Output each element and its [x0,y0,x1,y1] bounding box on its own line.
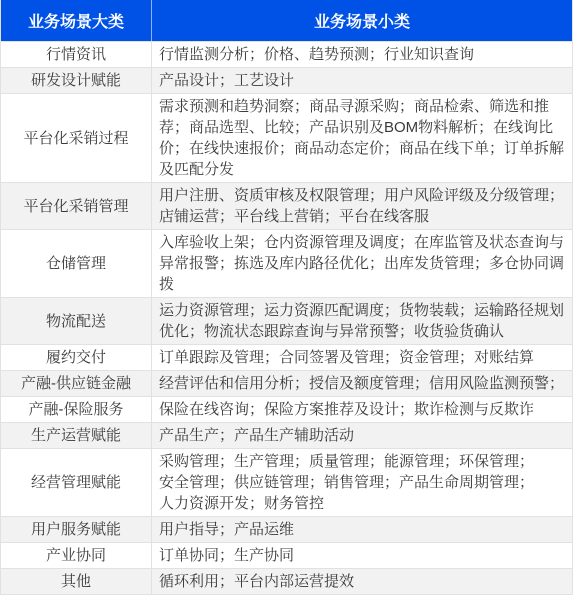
subcategory-cell: 订单协同；生产协同 [152,543,572,568]
table-header-row: 业务场景大类 业务场景小类 [1,0,572,41]
business-scenario-table: 业务场景大类 业务场景小类 行情资讯 行情监测分析；价格、趋势预测；行业知识查询… [0,0,573,595]
subcategory-cell: 入库验收上架；仓内资源管理及调度；在库监管及状态查询与异常报警；拣选及库内路径优… [152,230,572,297]
table-row: 平台化采销管理 用户注册、资质审核及权限管理；用户风险评级及分级管理；店铺运营；… [1,182,572,229]
table-row: 产业协同 订单协同；生产协同 [1,542,572,568]
category-cell: 生产运营赋能 [1,423,152,448]
table-row: 产融-供应链金融 经营评估和信用分析；授信及额度管理；信用风险监测预警； [1,370,572,396]
subcategory-cell: 采购管理；生产管理；质量管理；能源管理；环保管理； 安全管理；供应链管理；销售管… [152,449,572,516]
subcategory-cell: 产品生产；产品生产辅助活动 [152,423,572,448]
header-cell-major-category: 业务场景大类 [1,0,152,41]
category-cell: 履约交付 [1,345,152,370]
category-cell: 产融-供应链金融 [1,371,152,396]
category-cell: 产融-保险服务 [1,397,152,422]
subcategory-cell: 用户指导；产品运维 [152,517,572,542]
category-cell: 仓储管理 [1,230,152,297]
category-cell: 经营管理赋能 [1,449,152,516]
header-cell-minor-category: 业务场景小类 [152,0,572,41]
table-row: 物流配送 运力资源管理；运力资源匹配调度；货物装载；运输路径规划优化；物流状态跟… [1,297,572,344]
subcategory-cell: 产品设计；工艺设计 [152,68,572,93]
table-row: 经营管理赋能 采购管理；生产管理；质量管理；能源管理；环保管理； 安全管理；供应… [1,448,572,516]
category-cell: 平台化采销管理 [1,183,152,229]
subcategory-cell: 保险在线咨询；保险方案推荐及设计；欺诈检测与反欺诈 [152,397,572,422]
table-row: 履约交付 订单跟踪及管理；合同签署及管理；资金管理；对账结算 [1,344,572,370]
table-row: 产融-保险服务 保险在线咨询；保险方案推荐及设计；欺诈检测与反欺诈 [1,396,572,422]
category-cell: 平台化采销过程 [1,94,152,182]
subcategory-cell: 用户注册、资质审核及权限管理；用户风险评级及分级管理；店铺运营；平台线上营销；平… [152,183,572,229]
table-row: 仓储管理 入库验收上架；仓内资源管理及调度；在库监管及状态查询与异常报警；拣选及… [1,229,572,297]
subcategory-cell: 循环利用；平台内部运营提效 [152,569,572,594]
category-cell: 用户服务赋能 [1,517,152,542]
table-row: 平台化采销过程 需求预测和趋势洞察；商品寻源采购；商品检索、筛选和推荐；商品选型… [1,93,572,182]
subcategory-cell: 运力资源管理；运力资源匹配调度；货物装载；运输路径规划优化；物流状态跟踪查询与异… [152,298,572,344]
table-row: 其他 循环利用；平台内部运营提效 [1,568,572,594]
table-row: 生产运营赋能 产品生产；产品生产辅助活动 [1,422,572,448]
subcategory-cell: 订单跟踪及管理；合同签署及管理；资金管理；对账结算 [152,345,572,370]
category-cell: 产业协同 [1,543,152,568]
table-row: 行情资讯 行情监测分析；价格、趋势预测；行业知识查询 [1,41,572,67]
table-row: 研发设计赋能 产品设计；工艺设计 [1,67,572,93]
table-row: 用户服务赋能 用户指导；产品运维 [1,516,572,542]
subcategory-cell: 需求预测和趋势洞察；商品寻源采购；商品检索、筛选和推荐；商品选型、比较；产品识别… [152,94,572,182]
subcategory-cell: 行情监测分析；价格、趋势预测；行业知识查询 [152,42,572,67]
category-cell: 研发设计赋能 [1,68,152,93]
category-cell: 行情资讯 [1,42,152,67]
category-cell: 其他 [1,569,152,594]
category-cell: 物流配送 [1,298,152,344]
subcategory-cell: 经营评估和信用分析；授信及额度管理；信用风险监测预警； [152,371,572,396]
